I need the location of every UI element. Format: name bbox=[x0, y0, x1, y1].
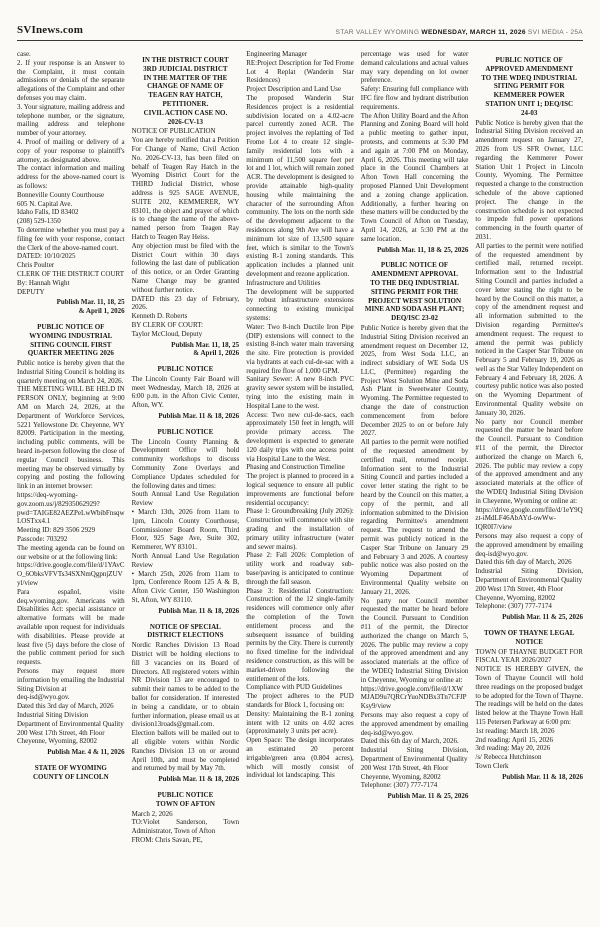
notice-columns: case. 2. If your response is an Answer t… bbox=[0, 41, 600, 847]
notice-heading: PUBLIC NOTICE bbox=[132, 428, 240, 437]
publish-line: Publish Mar. 11 & 25, 2026 bbox=[361, 792, 469, 801]
newspaper-legal-notices-page: SVInews.com STAR VALLEY WYOMING WEDNESDA… bbox=[0, 0, 600, 927]
notice-paragraph: Public Notice is hereby given that the I… bbox=[361, 324, 469, 790]
column-4: percentage was used for water demand cal… bbox=[361, 50, 469, 847]
publish-line: Publish Mar. 11 & 18, 2026 bbox=[132, 775, 240, 784]
column-1: case. 2. If your response is an Answer t… bbox=[17, 50, 125, 847]
masthead: SVInews.com STAR VALLEY WYOMING WEDNESDA… bbox=[17, 24, 583, 41]
masthead-dateline: STAR VALLEY WYOMING WEDNESDAY, MARCH 11,… bbox=[336, 29, 583, 36]
notice-paragraph: The Lincoln County Fair Board will meet … bbox=[132, 375, 240, 410]
notice-heading: PUBLIC NOTICE bbox=[132, 365, 240, 374]
masthead-page-number: SVI MEDIA - 25A bbox=[526, 29, 583, 36]
masthead-location: STAR VALLEY WYOMING bbox=[336, 29, 422, 36]
column-2: IN THE DISTRICT COURT 3RD JUDICIAL DISTR… bbox=[132, 50, 240, 847]
publish-line: Publish Mar. 4 & 11, 2026 bbox=[17, 748, 125, 757]
notice-heading: PUBLIC NOTICE OF APPROVED AMENDMENT TO T… bbox=[475, 56, 583, 118]
publish-line: Publish Mar. 11, 18 & 25, 2026 bbox=[361, 246, 469, 255]
notice-paragraph: Public Notice is hereby given that the I… bbox=[475, 119, 583, 612]
notice-paragraph: March 2, 2026 TO:Violet Sanderson, Town … bbox=[132, 810, 240, 845]
notice-paragraph: TOWN OF THAYNE BUDGET FOR FISCAL YEAR 20… bbox=[475, 648, 583, 771]
publish-line: Publish Mar. 11 & 18, 2026 bbox=[132, 607, 240, 616]
notice-heading: PUBLIC NOTICE TOWN OF AFTON bbox=[132, 791, 240, 809]
notice-heading: PUBLIC NOTICE OF AMENDMENT APPROVAL TO T… bbox=[361, 261, 469, 323]
notice-paragraph: percentage was used for water demand cal… bbox=[361, 50, 469, 244]
notice-paragraph: Public notice is hereby given that the I… bbox=[17, 359, 125, 746]
notice-heading: STATE OF WYOMING COUNTY OF LINCOLN bbox=[17, 764, 125, 782]
column-5: PUBLIC NOTICE OF APPROVED AMENDMENT TO T… bbox=[475, 50, 583, 847]
column-3: Engineering Manager RE:Project Descripti… bbox=[246, 50, 354, 847]
notice-paragraph: The Lincoln County Planning & Developmen… bbox=[132, 438, 240, 605]
publish-line: Publish Mar. 11, 18, 25 & April 1, 2026 bbox=[132, 341, 240, 359]
site-name: SVInews.com bbox=[17, 24, 83, 36]
notice-paragraph: NOTICE OF PUBLICATION You are hereby not… bbox=[132, 127, 240, 338]
notice-paragraph: Nordic Ranches Division 13 Road District… bbox=[132, 641, 240, 773]
publish-line: Publish Mar. 11 & 18, 2026 bbox=[132, 412, 240, 421]
publish-line: Publish Mar. 11 & 18, 2026 bbox=[475, 773, 583, 782]
publish-line: Publish Mar. 11, 18, 25 & April 1, 2026 bbox=[17, 298, 125, 316]
masthead-date: WEDNESDAY, MARCH 11, 2026 bbox=[421, 29, 525, 36]
notice-heading: NOTICE OF SPECIAL DISTRICT ELECTIONS bbox=[132, 623, 240, 641]
publish-line: Publish Mar. 11 & 25, 2026 bbox=[475, 613, 583, 622]
notice-paragraph: case. 2. If your response is an Answer t… bbox=[17, 50, 125, 296]
notice-paragraph: Engineering Manager RE:Project Descripti… bbox=[246, 50, 354, 780]
notice-heading: TOWN OF THAYNE LEGAL NOTICE bbox=[475, 629, 583, 647]
notice-heading: IN THE DISTRICT COURT 3RD JUDICIAL DISTR… bbox=[132, 56, 240, 126]
notice-heading: PUBLIC NOTICE OF WYOMING INDUSTRIAL SITI… bbox=[17, 323, 125, 358]
